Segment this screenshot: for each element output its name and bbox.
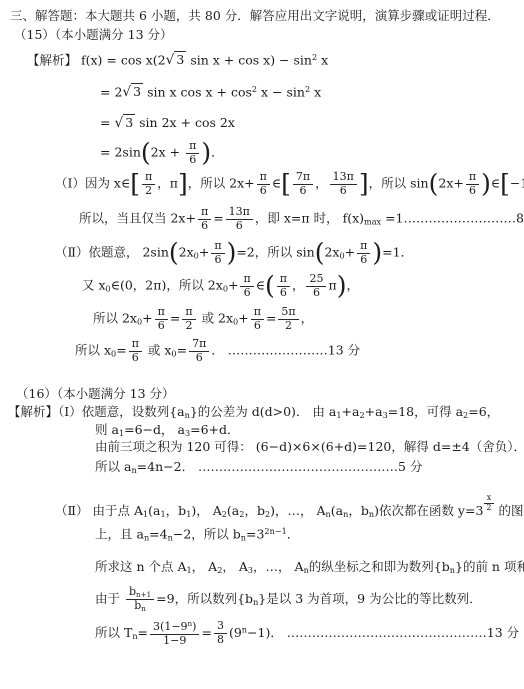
fraction-denominator: 6: [330, 185, 357, 198]
subscript: n: [144, 533, 149, 543]
big-paren-right: ): [201, 138, 211, 167]
superscript: n: [188, 619, 193, 628]
fraction: π6: [186, 140, 199, 166]
fraction-denominator: 6: [226, 220, 253, 233]
superscript: n: [242, 625, 247, 635]
subscript: n: [253, 597, 258, 607]
subscript: 2: [359, 410, 364, 420]
subscript: 1: [186, 509, 191, 519]
subscript: 0: [194, 251, 199, 261]
subscript: 0: [223, 284, 228, 294]
fraction: 13π6: [330, 171, 357, 197]
big-paren-right: ): [337, 271, 347, 300]
fraction-denominator: 8: [214, 634, 227, 647]
doc-line: 上，且 an=4n−2，所以 bn=32n−1．: [95, 526, 299, 543]
fraction-denominator: 6: [211, 254, 224, 267]
subscript: n: [132, 631, 137, 641]
big-paren-left: (: [315, 238, 325, 267]
fraction-numerator: π: [466, 171, 479, 185]
document-page: 三、解答题：本大题共 6 小题，共 80 分．解答应用出文字说明，演算步骤或证明…: [0, 0, 524, 689]
fraction-numerator: π: [211, 240, 224, 254]
big-paren-left: (: [141, 138, 151, 167]
subscript: 2: [265, 509, 270, 519]
fraction: bn+1bn: [126, 586, 154, 613]
doc-line: = √3 sin 2x + cos 2x: [100, 115, 235, 133]
subscript: max: [364, 217, 381, 227]
fraction-numerator: π: [251, 306, 264, 320]
doc-line: 所求这 n 个点 A1， A2， A3，…， An的纵坐标之和即为数列{bn}的…: [95, 559, 524, 576]
fraction: π6: [466, 171, 479, 197]
fraction-denominator: 6: [293, 185, 313, 198]
subscript: 2: [239, 509, 244, 519]
big-paren-right: ): [227, 238, 237, 267]
doc-line: 所以，当且仅当 2x+π6=13π6，即 x=π 时， f(x)max =1………: [79, 206, 524, 232]
subscript: n: [326, 509, 331, 519]
fraction: π6: [240, 273, 253, 299]
fraction: π6: [277, 273, 290, 299]
doc-line: 【解析】 f(x) = cos x(2√3 sin x + cos x) − s…: [27, 52, 328, 70]
subscript: 1: [336, 410, 341, 420]
doc-line: = 2√3 sin x cos x + cos2 x − sin2 x: [100, 84, 321, 102]
big-bracket-right: ]: [178, 169, 188, 198]
big-paren-left: (: [429, 169, 439, 198]
subscript: n: [141, 604, 146, 613]
fraction: 13π6: [226, 206, 253, 232]
big-bracket-right: ]: [359, 169, 369, 198]
fraction: π6: [257, 171, 270, 197]
doc-line: 所以 Tn=3(1−9n)1−9=38(9n−1)． ……………………………………: [95, 620, 519, 647]
fraction-denominator: 6: [240, 287, 253, 300]
fraction: 7π6: [189, 338, 209, 364]
subscript: 0: [171, 349, 176, 359]
subscript: n: [168, 533, 173, 543]
subscript: 2: [222, 509, 227, 519]
doc-line: 所以 an=4n−2． …………………………………………5 分: [95, 459, 422, 476]
doc-line: 由前三项之积为 120 可得： (6−d)×6×(6+d)=120，解得 d=±…: [95, 439, 524, 455]
fraction-denominator: 2: [484, 504, 493, 513]
big-paren-right: ): [372, 238, 382, 267]
fraction-numerator: π: [240, 273, 253, 287]
doc-line: = 2sin(2x + π6)．: [100, 140, 224, 166]
subscript: n+1: [136, 590, 151, 599]
doc-line: 则 a1=6−d， a3=6+d．: [95, 422, 240, 439]
big-bracket-left: [: [500, 169, 510, 198]
subscript: n: [304, 565, 309, 575]
fraction-denominator: 6: [189, 352, 209, 365]
radical: √3: [166, 52, 187, 67]
fraction-denominator: 2: [142, 185, 155, 198]
subscript: 3: [185, 428, 190, 438]
fraction-numerator: π: [186, 140, 199, 154]
subscript: 0: [106, 284, 111, 294]
subscript: 1: [143, 509, 148, 519]
doc-line: （Ⅰ）因为 x∈[π2，π]，所以 2x+π6∈[7π6，13π6]，所以 si…: [55, 171, 524, 197]
fraction-numerator: π: [277, 273, 290, 287]
subscript: 1: [119, 428, 124, 438]
doc-line: 所以 x0=π6 或 x0=7π6． ……………………13 分: [75, 338, 360, 364]
fraction-denominator: 6: [277, 287, 290, 300]
fraction-numerator: π: [257, 171, 270, 185]
fraction-numerator: 3(1−9n): [150, 620, 199, 635]
subscript: 2: [463, 410, 468, 420]
fraction-denominator: 1−9: [150, 635, 199, 648]
fraction-numerator: 3: [214, 620, 227, 634]
big-paren-left: (: [265, 271, 275, 300]
fraction: 3(1−9n)1−9: [150, 620, 199, 647]
fraction-denominator: 6: [129, 352, 142, 365]
fraction-numerator: 7π: [293, 171, 313, 185]
subscript: n: [241, 533, 246, 543]
doc-line: 所以 2x0+π6=π2 或 2x0+π6=5π2，: [93, 306, 313, 332]
doc-line: （15）（本小题满分 13 分）: [14, 27, 173, 43]
fraction-denominator: 6: [198, 220, 211, 233]
fraction: π2: [182, 306, 195, 332]
radical-sign: √: [122, 84, 131, 100]
fraction: π6: [211, 240, 224, 266]
subscript: 0: [111, 349, 116, 359]
radicand: 3: [174, 51, 186, 67]
big-paren-left: (: [169, 238, 179, 267]
fraction-numerator: 25: [306, 273, 326, 287]
big-bracket-left: [: [130, 169, 140, 198]
subscript: 3: [383, 410, 388, 420]
fraction: π6: [129, 338, 142, 364]
fraction-denominator: 6: [257, 185, 270, 198]
fraction-denominator: 6: [186, 154, 199, 167]
fraction-numerator: π: [142, 171, 155, 185]
fraction-denominator: 2: [278, 320, 298, 333]
superscript: 2: [252, 84, 257, 94]
fraction-numerator: 13π: [330, 171, 357, 185]
subscript: n: [185, 410, 190, 420]
fraction-numerator: π: [357, 240, 370, 254]
fraction: π2: [142, 171, 155, 197]
radical: √3: [122, 84, 143, 99]
fraction-numerator: π: [129, 338, 142, 352]
radicand: 3: [123, 114, 135, 130]
fraction: 7π6: [293, 171, 313, 197]
doc-line: 由于 bn+1bn=9，所以数列{bn}是以 3 为首项，9 为公比的等比数列．: [95, 586, 482, 613]
fraction: 256: [306, 273, 326, 299]
radicand: 3: [131, 83, 143, 99]
subscript: 1: [187, 565, 192, 575]
fraction-denominator: 6: [357, 254, 370, 267]
fraction: π6: [198, 206, 211, 232]
subscript: n: [343, 509, 348, 519]
radical-sign: √: [114, 115, 123, 131]
subscript: 0: [233, 317, 238, 327]
fraction-denominator: 2: [182, 320, 195, 333]
fraction-denominator: 6: [466, 185, 479, 198]
fraction: π6: [357, 240, 370, 266]
doc-line: 【解析】（Ⅰ）依题意，设数列{an}的公差为 d(d>0)． 由 a1+a2+a…: [8, 404, 499, 421]
fraction-denominator: 6: [155, 320, 168, 333]
fraction-numerator: 7π: [189, 338, 209, 352]
fraction-numerator: bn+1: [126, 586, 154, 600]
superscript: 2: [305, 84, 310, 94]
doc-line: 三、解答题：本大题共 6 小题，共 80 分．解答应用出文字说明，演算步骤或证明…: [10, 8, 500, 24]
subscript: 3: [248, 565, 253, 575]
fraction-denominator: 6: [251, 320, 264, 333]
superscript: 2: [312, 52, 317, 62]
subscript: 2: [217, 565, 222, 575]
subscript: 1: [161, 509, 166, 519]
radical: √3: [114, 115, 135, 130]
subscript: 0: [137, 317, 142, 327]
doc-line: （Ⅱ） 由于点 A1(a1，b1)， A2(a2，b2)，…， An(an，bn…: [55, 494, 524, 520]
fraction: 5π2: [278, 306, 298, 332]
fraction-numerator: 13π: [226, 206, 253, 220]
superscript-fraction: x2: [484, 494, 493, 513]
fraction: π6: [155, 306, 168, 332]
doc-line: （16）（本小题满分 13 分）: [16, 386, 175, 402]
fraction: π6: [251, 306, 264, 332]
subscript: n: [450, 565, 455, 575]
fraction-numerator: 5π: [278, 306, 298, 320]
doc-line: 又 x0∈(0，2π)，所以 2x0+π6∈(π6，256π)，: [82, 273, 359, 299]
subscript: n: [369, 509, 374, 519]
superscript: 2n−1: [264, 526, 286, 536]
fraction-numerator: π: [198, 206, 211, 220]
fraction-denominator: bn: [126, 600, 154, 613]
fraction-denominator: 6: [306, 287, 326, 300]
fraction: 38: [214, 620, 227, 646]
subscript: 0: [339, 251, 344, 261]
big-paren-right: ): [481, 169, 491, 198]
subscript: n: [131, 465, 136, 475]
doc-line: （Ⅱ）依题意， 2sin(2x0+π6)=2，所以 sin(2x0+π6)=1．: [55, 240, 413, 266]
fraction-numerator: π: [182, 306, 195, 320]
fraction-numerator: π: [155, 306, 168, 320]
big-bracket-left: [: [281, 169, 291, 198]
